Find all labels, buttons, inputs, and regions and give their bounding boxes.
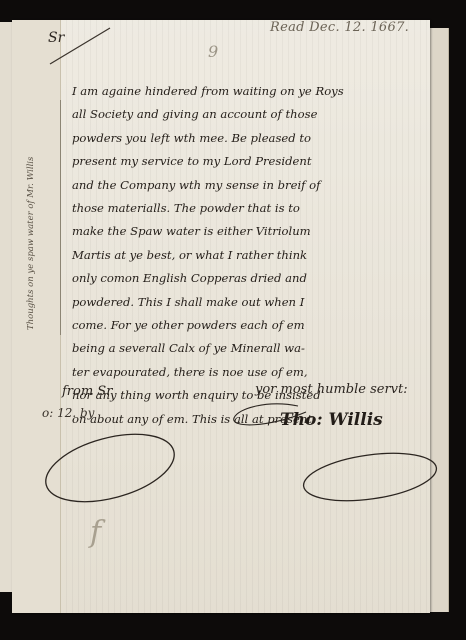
closing-from: from Sr <box>62 384 112 399</box>
body-line: those materialls. The powder that is to <box>72 197 436 220</box>
margin-endorsement: Thoughts on ye spaw water of Mr. Willis <box>26 95 36 330</box>
body-line: all Society and giving an account of tho… <box>72 103 436 126</box>
body-line: make the Spaw water is either Vitriolum <box>72 220 436 243</box>
body-line: present my service to my Lord President <box>72 150 436 173</box>
body-line: ter evapourated, there is noe use of em, <box>72 361 436 384</box>
signature-flourish-icon <box>228 398 308 438</box>
folio-number: 9 <box>208 42 218 61</box>
body-line: Martis at ye best, or what I rather thin… <box>72 244 436 267</box>
letter-body: I am againe hindered from waiting on ye … <box>72 80 436 431</box>
body-line: being a severall Calx of ye Minerall wa- <box>72 337 436 360</box>
body-line: only comon English Copperas dried and <box>72 267 436 290</box>
seal-outline-left-icon <box>38 420 188 510</box>
body-line: I am againe hindered from waiting on ye … <box>72 80 436 103</box>
closing-date-note: o: 12. by <box>42 406 94 420</box>
body-line: powdered. This I shall make out when I <box>72 291 436 314</box>
salutation: Sr <box>48 30 64 46</box>
received-date-note: Read Dec. 12. 1667. <box>270 20 409 35</box>
body-line: come. For ye other powders each of em <box>72 314 436 337</box>
seal-outline-right-icon <box>298 445 448 510</box>
valediction: yor most humble servt: <box>255 382 408 397</box>
pencil-mark: f <box>90 515 101 550</box>
body-line: and the Company wth my sense in breif of <box>72 174 436 197</box>
body-line: powders you left wth mee. Be pleased to <box>72 127 436 150</box>
